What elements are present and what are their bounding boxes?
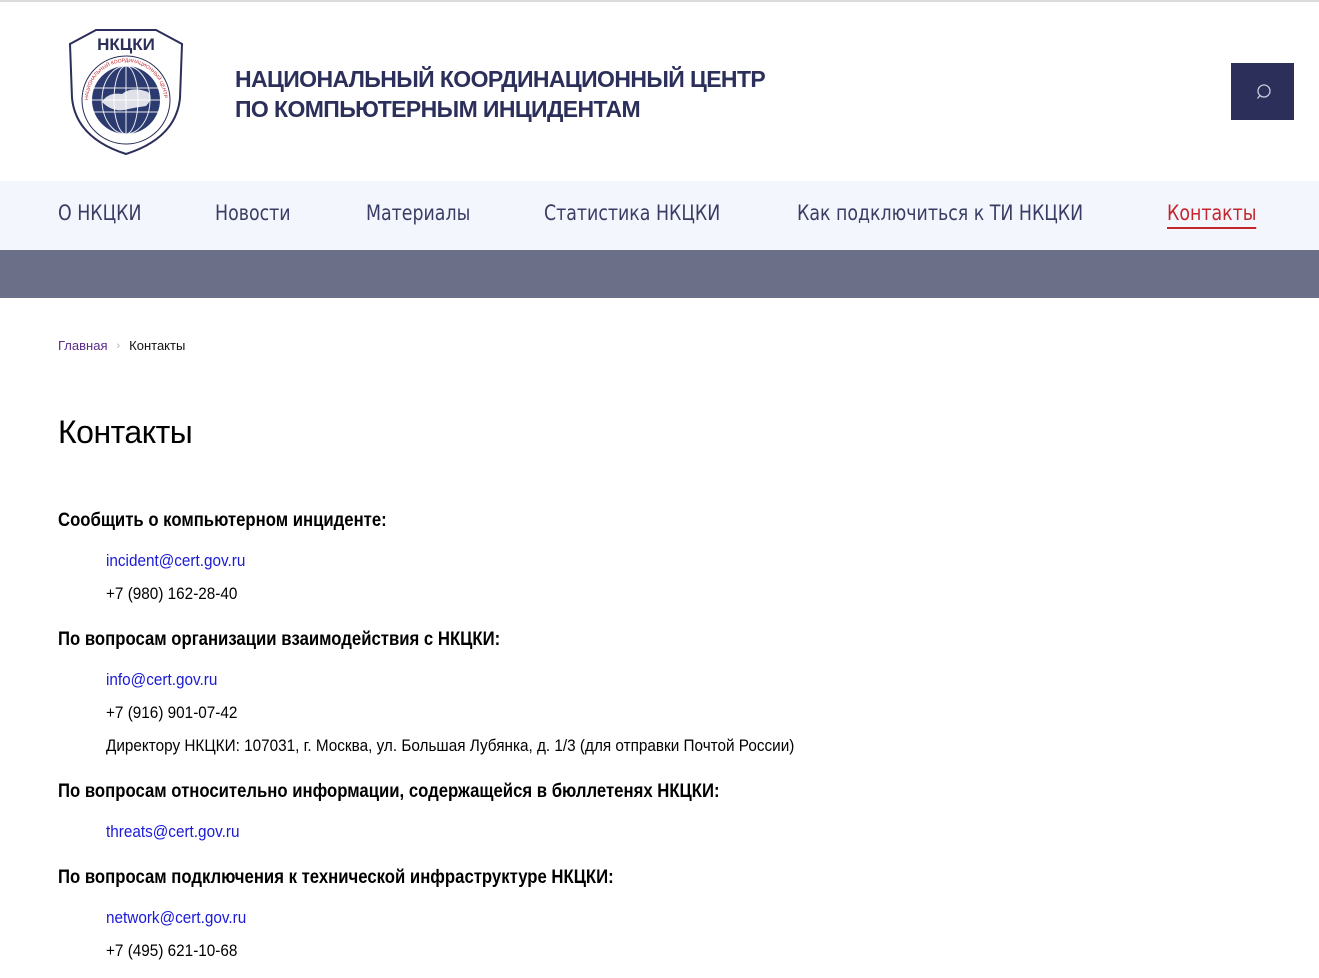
- site-header: НАЦИОНАЛЬНЫЙ КООРДИНАЦИОННЫЙ ЦЕНТР ПО КО…: [0, 2, 1319, 181]
- breadcrumb-current: Контакты: [129, 338, 185, 353]
- shield-logo-icon: НАЦИОНАЛЬНЫЙ КООРДИНАЦИОННЫЙ ЦЕНТР ПО КО…: [68, 28, 184, 156]
- phone-network: +7 (495) 621-10-68: [106, 941, 237, 961]
- nav-item-contacts[interactable]: Контакты: [1167, 201, 1256, 225]
- phone-incident: +7 (980) 162-28-40: [106, 584, 237, 604]
- nav-item-materials[interactable]: Материалы: [366, 201, 470, 225]
- email-link-network[interactable]: network@cert.gov.ru: [106, 908, 246, 928]
- breadcrumb-separator-icon: ›: [116, 340, 120, 352]
- site-title[interactable]: НАЦИОНАЛЬНЫЙ КООРДИНАЦИОННЫЙ ЦЕНТР ПО КО…: [235, 64, 765, 124]
- search-button[interactable]: [1231, 63, 1294, 120]
- logo[interactable]: НАЦИОНАЛЬНЫЙ КООРДИНАЦИОННЫЙ ЦЕНТР ПО КО…: [68, 28, 184, 156]
- nav-item-statistics[interactable]: Статистика НКЦКИ: [544, 201, 720, 225]
- main-nav: О НКЦКИ Новости Материалы Статистика НКЦ…: [0, 181, 1319, 250]
- site-title-line1: НАЦИОНАЛЬНЫЙ КООРДИНАЦИОННЫЙ ЦЕНТР: [235, 64, 765, 94]
- nav-item-about[interactable]: О НКЦКИ: [58, 201, 141, 225]
- site-title-line2: ПО КОМПЬЮТЕРНЫМ ИНЦИДЕНТАМ: [235, 94, 765, 124]
- section-title-infrastructure: По вопросам подключения к технической ин…: [58, 867, 614, 889]
- breadcrumb-home-link[interactable]: Главная: [58, 338, 107, 353]
- email-link-info[interactable]: info@cert.gov.ru: [106, 670, 217, 690]
- section-title-incident: Сообщить о компьютерном инциденте:: [58, 510, 387, 532]
- section-title-bulletins: По вопросам относительно информации, сод…: [58, 781, 720, 803]
- breadcrumb: Главная › Контакты: [58, 338, 185, 353]
- logo-text: НКЦКИ: [97, 35, 155, 54]
- section-title-cooperation: По вопросам организации взаимодействия с…: [58, 629, 500, 651]
- postal-address: Директору НКЦКИ: 107031, г. Москва, ул. …: [106, 736, 794, 756]
- nav-item-news[interactable]: Новости: [215, 201, 291, 225]
- phone-info: +7 (916) 901-07-42: [106, 703, 237, 723]
- search-icon: [1253, 82, 1273, 102]
- email-link-incident[interactable]: incident@cert.gov.ru: [106, 551, 245, 571]
- nav-item-how-to-connect[interactable]: Как подключиться к ТИ НКЦКИ: [797, 201, 1083, 225]
- page-title: Контакты: [58, 414, 192, 451]
- email-link-threats[interactable]: threats@cert.gov.ru: [106, 822, 239, 842]
- page-banner: [0, 250, 1319, 298]
